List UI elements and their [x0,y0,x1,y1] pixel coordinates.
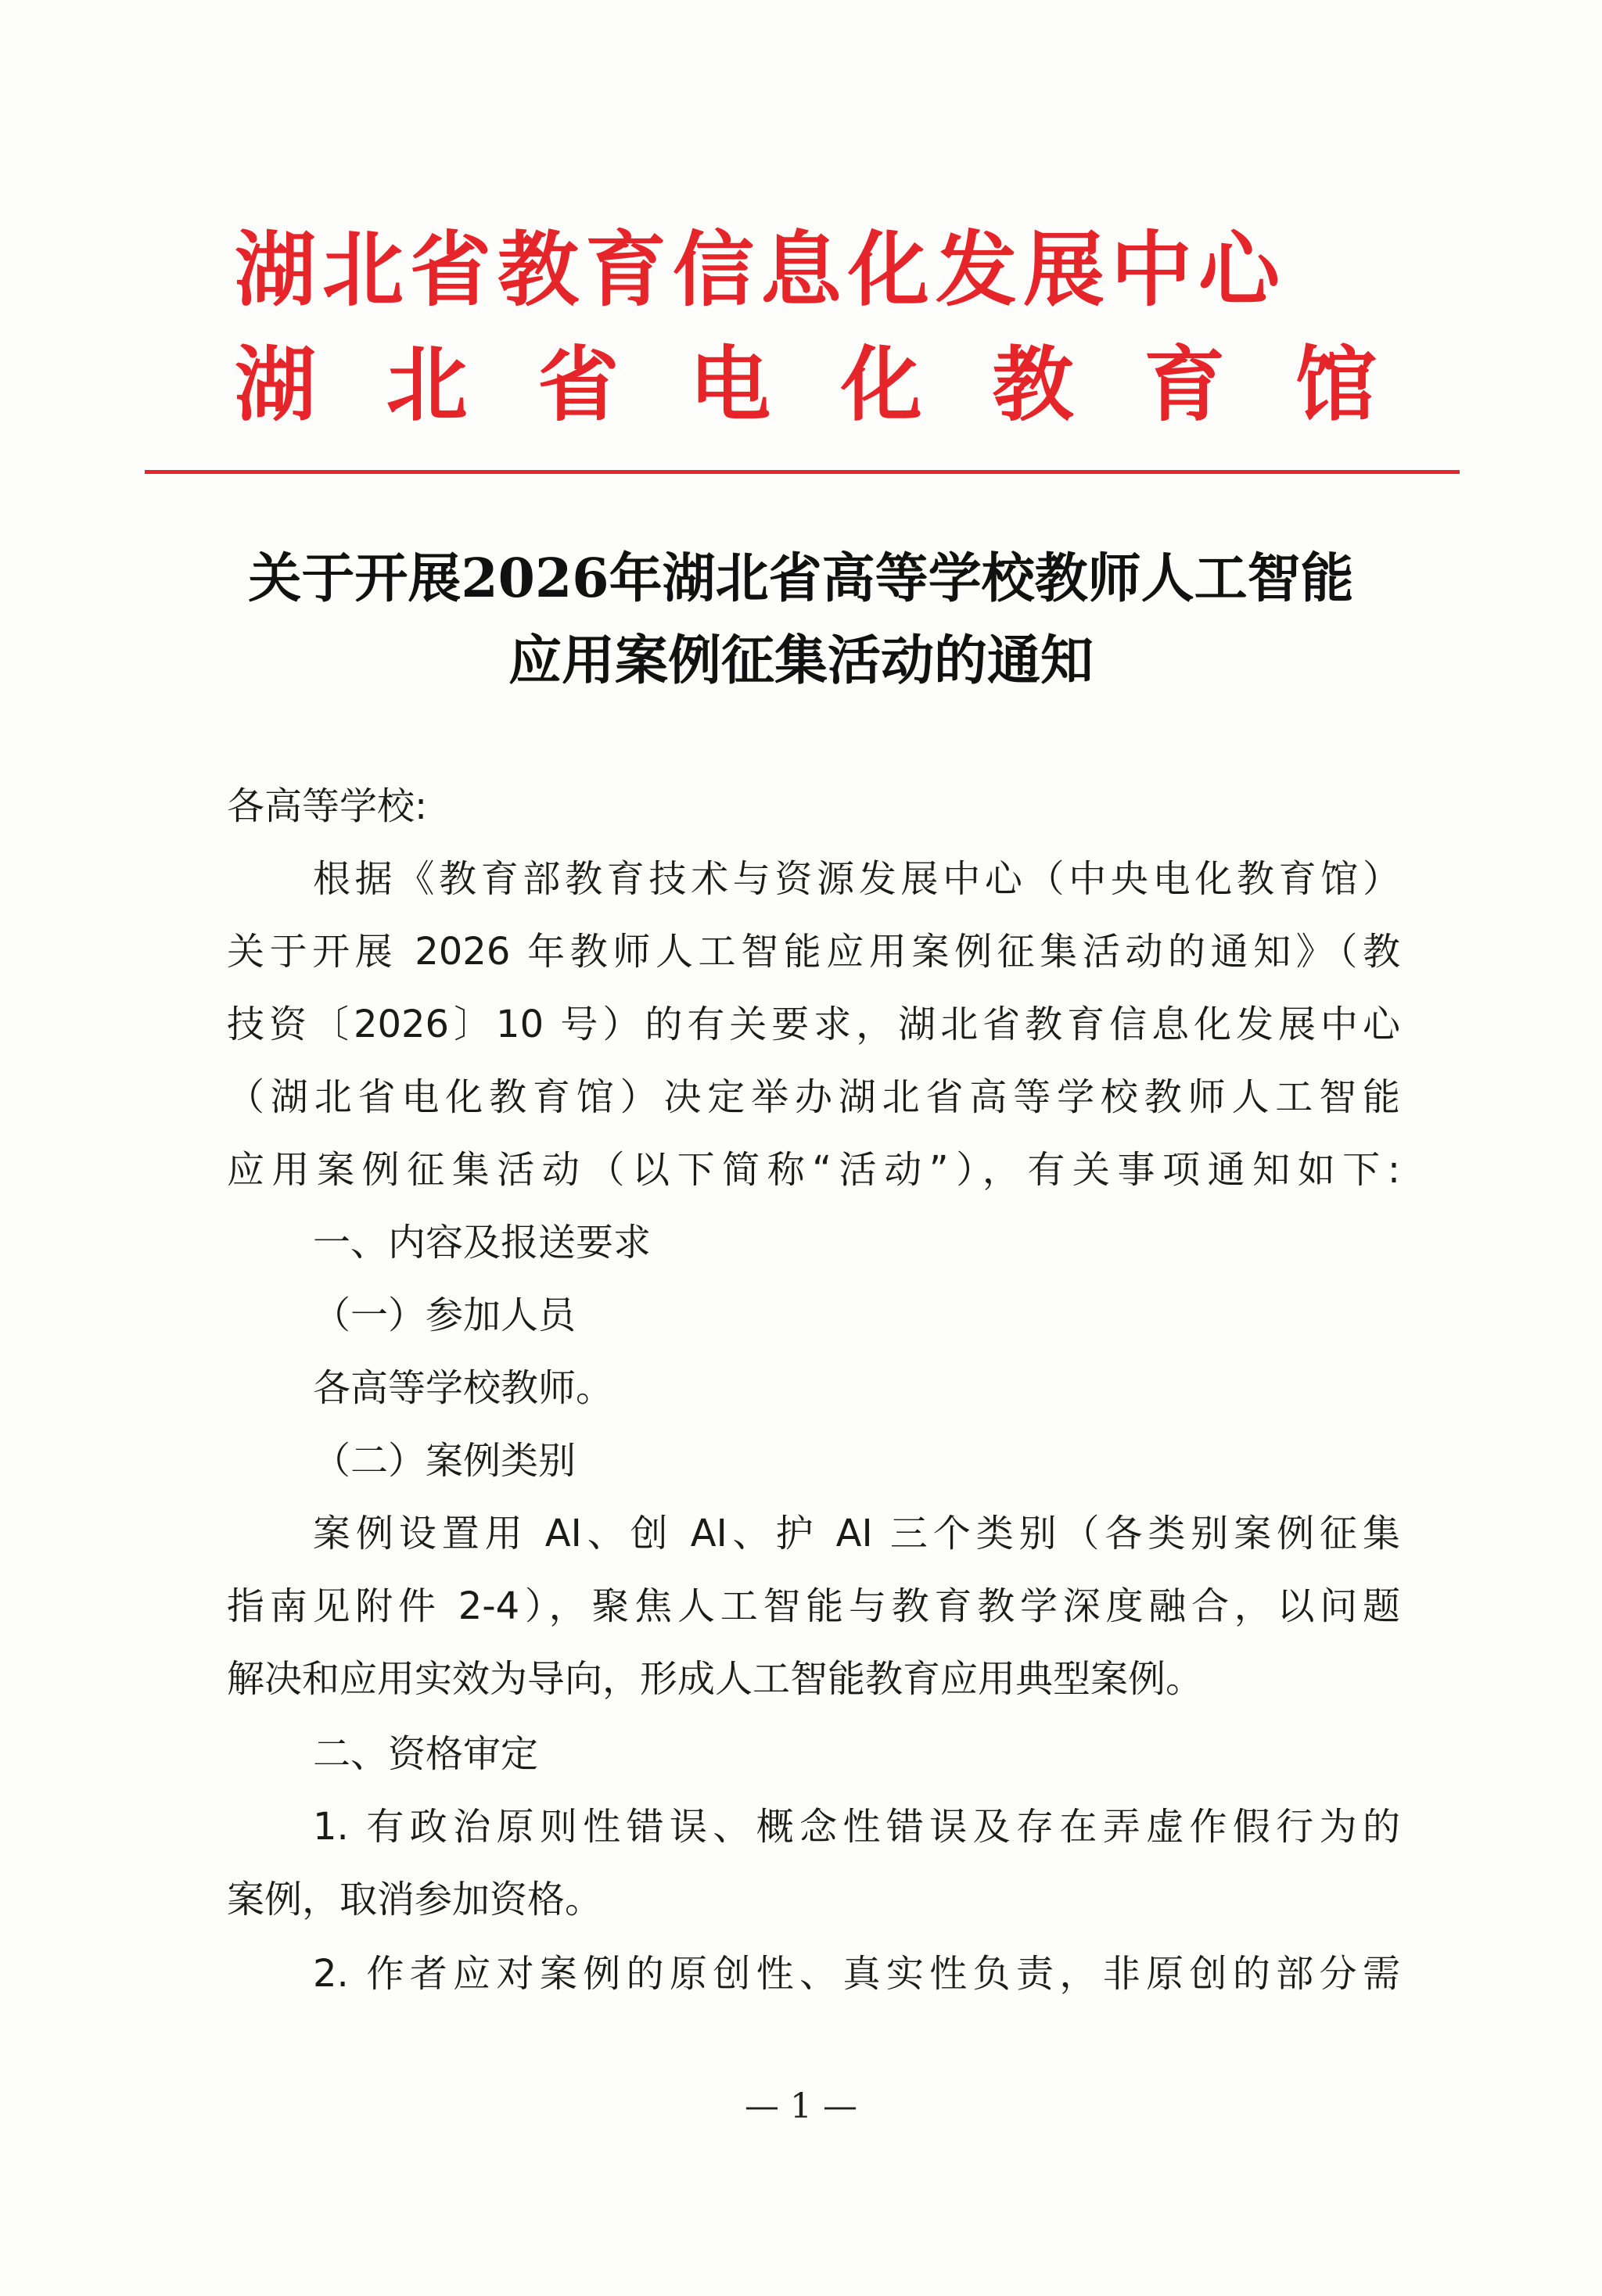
letterhead-char: 电 [689,338,770,432]
salutation: 各高等学校: [227,770,427,843]
subsection-text-1: 各高等学校教师。 [313,1352,613,1425]
intro-line: 应用案例征集活动（以下简称“活动”），有关事项通知如下: [227,1134,1400,1207]
intro-line: 技资〔2026〕10 号）的有关要求，湖北省教育信息化发展中心 [227,988,1400,1061]
intro-line: （湖北省电化教育馆）决定举办湖北省高等学校教师人工智能 [227,1061,1400,1134]
intro-line: 根据《教育部教育技术与资源发展中心（中央电化教育馆） [313,843,1400,916]
letterhead-line-1: 湖北省教育信息化发展中心 [235,223,1377,317]
letterhead-char: 省 [537,338,619,432]
item-2-line: 2. 作者应对案例的原创性、真实性负责，非原创的部分需 [313,1938,1400,2011]
subsection-line: 解决和应用实效为导向，形成人工智能教育应用典型案例。 [227,1643,1203,1716]
letterhead-char: 化 [841,338,922,432]
subsection-line: 案例设置用 AI、创 AI、护 AI 三个类别（各类别案例征集 [313,1498,1400,1570]
intro-line: 关于开展 2026 年教师人工智能应用案例征集活动的通知》（教 [227,916,1400,988]
letterhead-divider [145,470,1460,474]
item-1-line: 案例，取消参加资格。 [227,1864,602,1936]
letterhead-line-2: 湖 北 省 电 化 教 育 馆 [235,338,1377,432]
letterhead-char: 北 [386,338,468,432]
section-heading-1: 一、内容及报送要求 [313,1207,651,1279]
section-heading-2: 二、资格审定 [313,1718,538,1791]
letterhead-char: 育 [1144,338,1225,432]
letterhead-char: 馆 [1295,338,1377,432]
letterhead-char: 教 [993,338,1074,432]
letterhead-char: 湖 [235,338,316,432]
subsection-line: 指南见附件 2-4），聚焦人工智能与教育教学深度融合，以问题 [227,1570,1400,1643]
page-number: — 1 — [0,2086,1602,2126]
document-page: 湖北省教育信息化发展中心 湖 北 省 电 化 教 育 馆 关于开展2026年湖北… [0,0,1602,2296]
item-1-line: 1. 有政治原则性错误、概念性错误及存在弄虚作假行为的 [313,1791,1400,1864]
subsection-heading-2: （二）案例类别 [313,1425,576,1498]
document-title-line-1: 关于开展2026年湖北省高等学校教师人工智能 [0,547,1602,610]
subsection-heading-1: （一）参加人员 [313,1279,576,1352]
document-title-line-2: 应用案例征集活动的通知 [0,630,1602,692]
